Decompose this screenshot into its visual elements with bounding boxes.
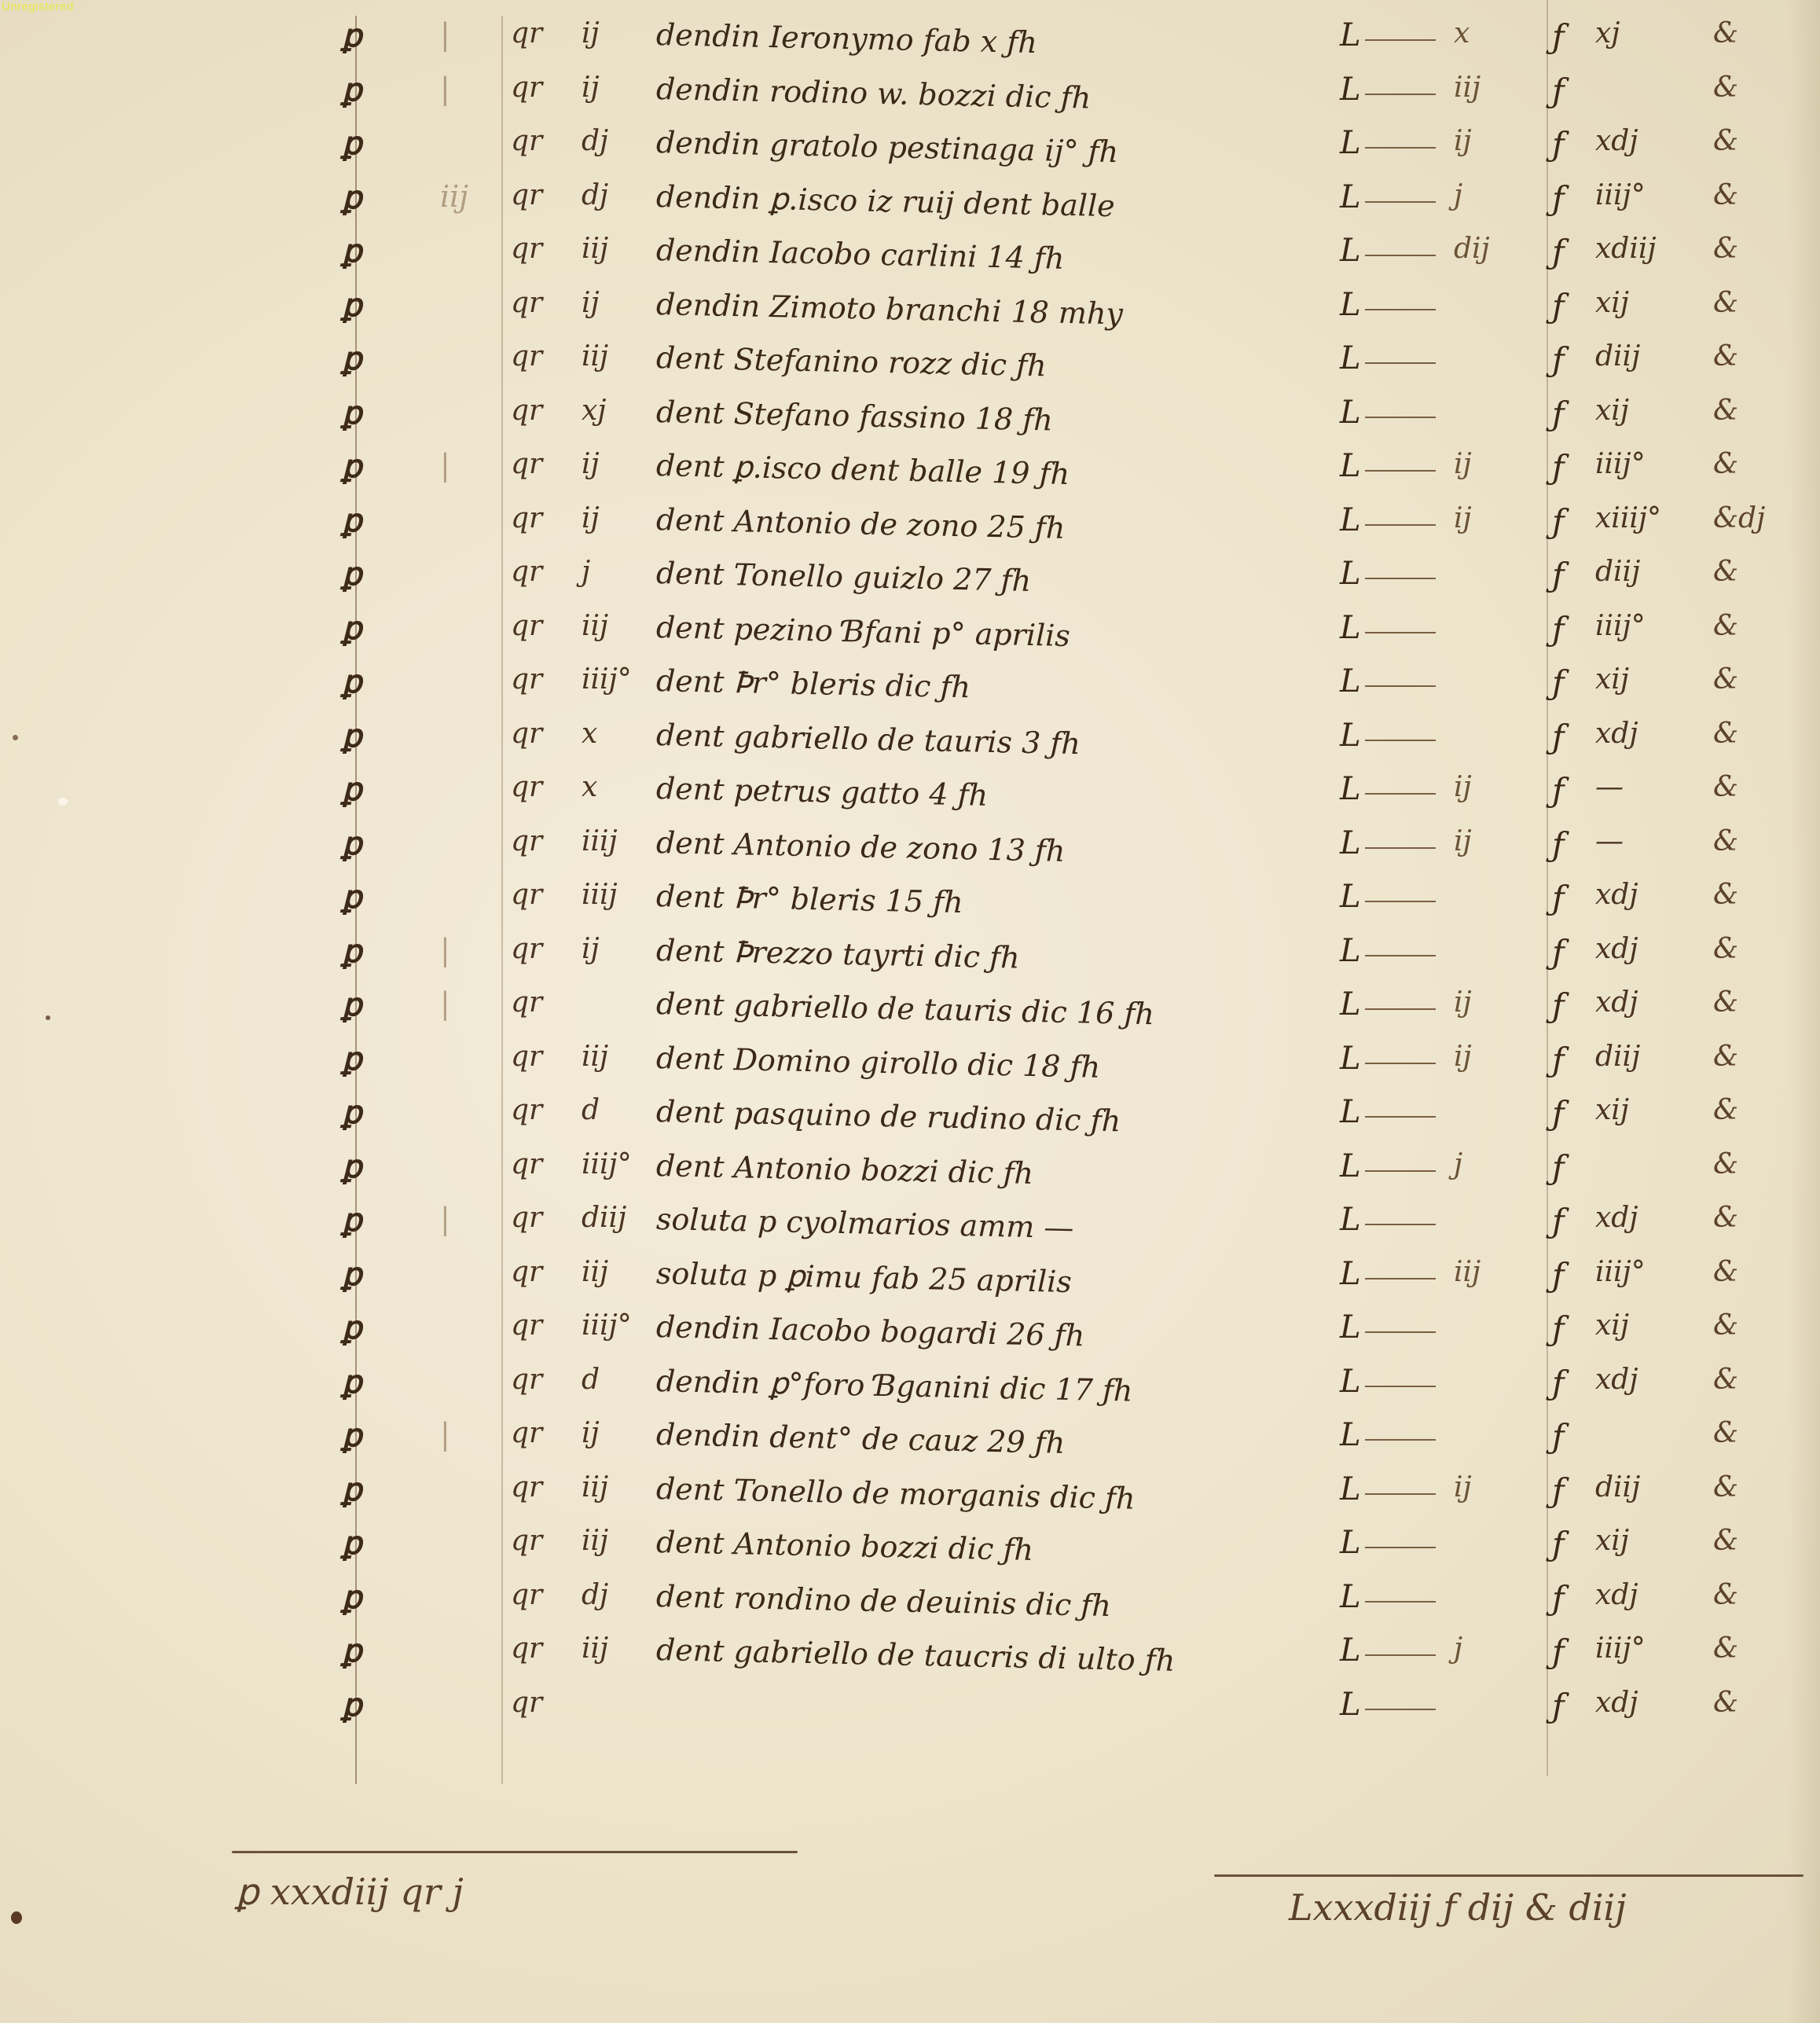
- quantity: iiij: [582, 879, 618, 911]
- florin-mark: ƒ: [1552, 771, 1565, 810]
- libra-mark: L: [1340, 17, 1361, 53]
- florin-mark: ƒ: [1552, 718, 1565, 756]
- ledger-row: ꝑ|qrijdent ꝑ.isco dent balle 19 ƒhLijƒii…: [0, 448, 1820, 492]
- libra-mark: L: [1340, 125, 1361, 161]
- ink-blot: [11, 1911, 22, 1924]
- florin-mark: ƒ: [1552, 1148, 1565, 1187]
- ledger-row: ꝑqriijsoluta p ꝑimu fab 25 aprilisLiijƒi…: [0, 1256, 1820, 1300]
- libra-mark: L: [1340, 1632, 1361, 1669]
- florin-mark: ƒ: [1552, 1364, 1565, 1402]
- ledger-row: ꝑqriiij°dendin Iacobo bogardi 26 ƒhLƒxij…: [0, 1309, 1820, 1353]
- margin-mark: ꝑ: [342, 1417, 361, 1454]
- margin-mark: ꝑ: [342, 1471, 361, 1508]
- libra-mark: L: [1340, 448, 1361, 484]
- quantity: j: [582, 556, 590, 588]
- libra-mark: L: [1340, 825, 1361, 861]
- libra-mark: L: [1340, 718, 1361, 754]
- et-mark: &: [1713, 933, 1738, 965]
- florin-mark: ƒ: [1552, 610, 1565, 648]
- tally-tick: iij: [440, 179, 468, 214]
- et-mark: &: [1713, 1579, 1738, 1611]
- libra-mark: L: [1340, 502, 1361, 538]
- quantity: dj: [582, 125, 608, 157]
- margin-mark: ꝑ: [342, 72, 361, 108]
- quantity: iiij°: [582, 1309, 632, 1342]
- watermark-text: Unregistered: [2, 0, 74, 13]
- quantity: ij: [582, 502, 600, 534]
- total-right: Lxxxdiij ƒ dij & diij: [1289, 1886, 1627, 1929]
- amount: iij: [1454, 1256, 1481, 1288]
- ledger-row: ꝑiijqrdjdendin ꝑ.isco iz ruij dent balle…: [0, 179, 1820, 223]
- margin-mark: ꝑ: [342, 1094, 361, 1131]
- value: xdj: [1595, 986, 1638, 1019]
- ink-dot: [46, 1015, 50, 1020]
- margin-mark: ꝑ: [342, 879, 361, 916]
- amount: dij: [1454, 233, 1490, 265]
- florin-mark: ƒ: [1552, 1094, 1565, 1133]
- margin-mark: ꝑ: [342, 287, 361, 324]
- quantity: x: [582, 771, 597, 803]
- entry-description: dent gabriello de taucris di ulto ƒh: [656, 1632, 1176, 1678]
- florin-mark: ƒ: [1552, 179, 1565, 218]
- qr-label: qr: [511, 72, 542, 104]
- libra-mark: L: [1340, 1687, 1361, 1723]
- margin-mark: ꝑ: [342, 1687, 361, 1724]
- quantity: iij: [582, 1632, 608, 1665]
- total-rule-right: [1214, 1874, 1803, 1877]
- et-mark: &: [1713, 1417, 1738, 1449]
- et-mark: &dj: [1713, 502, 1765, 534]
- amount: j: [1454, 1148, 1462, 1180]
- ledger-row: ꝑqriijdent Domino girollo dic 18 ƒhLijƒd…: [0, 1041, 1820, 1085]
- libra-mark: L: [1340, 179, 1361, 215]
- qr-label: qr: [511, 879, 542, 911]
- et-mark: &: [1713, 1256, 1738, 1288]
- florin-mark: ƒ: [1552, 1309, 1565, 1348]
- quantity: ij: [582, 72, 600, 104]
- margin-mark: ꝑ: [342, 610, 361, 647]
- et-mark: &: [1713, 663, 1738, 696]
- margin-mark: ꝑ: [342, 340, 361, 377]
- et-mark: &: [1713, 1687, 1738, 1719]
- ledger-row: ꝑ|qrijdent Ꝥrezzo tayrti dic ƒhLƒxdj&: [0, 933, 1820, 977]
- libra-mark: L: [1340, 1471, 1361, 1507]
- ledger-row: ꝑqriijdent pezino Ɓfani p° aprilisLƒiiij…: [0, 610, 1820, 654]
- entry-description: dendin rodino w. bozzi dic ƒh: [656, 72, 1092, 116]
- entry-description: dendin gratolo pestinaga ij° ƒh: [656, 125, 1119, 169]
- amount: x: [1454, 17, 1470, 50]
- margin-mark: ꝑ: [342, 556, 361, 593]
- margin-mark: ꝑ: [342, 502, 361, 539]
- value: iiij°: [1595, 610, 1646, 642]
- florin-mark: ƒ: [1552, 825, 1565, 864]
- qr-label: qr: [511, 1309, 542, 1342]
- value: xdj: [1595, 1687, 1638, 1719]
- libra-mark: L: [1340, 879, 1361, 915]
- margin-mark: ꝑ: [342, 1525, 361, 1562]
- ledger-row: ꝑ|qrijdendin rodino w. bozzi dic ƒhLiijƒ…: [0, 72, 1820, 116]
- entry-description: dendin dent° de cauz 29 ƒh: [656, 1417, 1066, 1460]
- entry-description: dent Antonio de zono 25 ƒh: [656, 502, 1066, 545]
- et-mark: &: [1713, 448, 1738, 480]
- libra-mark: L: [1340, 1094, 1361, 1130]
- total-rule-left: [232, 1851, 798, 1853]
- et-mark: &: [1713, 340, 1738, 373]
- entry-description: dent Domino girollo dic 18 ƒh: [656, 1041, 1101, 1085]
- entry-description: dent Antonio bozzi dic ƒh: [656, 1525, 1034, 1567]
- value: —: [1595, 771, 1624, 803]
- amount: j: [1454, 179, 1462, 211]
- quantity: d: [582, 1364, 600, 1396]
- ledger-row: ꝑqrdjdendin gratolo pestinaga ij° ƒhLijƒ…: [0, 125, 1820, 169]
- et-mark: &: [1713, 1632, 1738, 1665]
- libra-mark: L: [1340, 1041, 1361, 1077]
- value: iiij°: [1595, 1632, 1646, 1665]
- margin-mark: ꝑ: [342, 825, 361, 862]
- libra-mark: L: [1340, 610, 1361, 646]
- entry-description: dent Antonio bozzi dic ƒh: [656, 1148, 1034, 1191]
- qr-label: qr: [511, 1687, 542, 1719]
- et-mark: &: [1713, 1471, 1738, 1503]
- tally-tick: |: [440, 986, 450, 1021]
- tally-tick: |: [440, 448, 450, 483]
- value: iiij°: [1595, 448, 1646, 480]
- florin-mark: ƒ: [1552, 1579, 1565, 1617]
- quantity: d: [582, 1094, 600, 1126]
- entry-description: dent ꝑ.isco dent balle 19 ƒh: [656, 448, 1070, 491]
- qr-label: qr: [511, 125, 542, 157]
- entry-description: dendin Iacobo carlini 14 ƒh: [656, 233, 1065, 276]
- florin-mark: ƒ: [1552, 556, 1565, 594]
- et-mark: &: [1713, 1309, 1738, 1342]
- amount: ij: [1454, 125, 1472, 157]
- et-mark: &: [1713, 395, 1738, 427]
- libra-mark: L: [1340, 556, 1361, 592]
- value: xdj: [1595, 1364, 1638, 1396]
- libra-mark: L: [1340, 1525, 1361, 1561]
- qr-label: qr: [511, 933, 542, 965]
- libra-mark: L: [1340, 771, 1361, 807]
- qr-label: qr: [511, 771, 542, 803]
- florin-mark: ƒ: [1552, 1417, 1565, 1456]
- quantity: diij: [582, 1202, 626, 1234]
- libra-mark: L: [1340, 663, 1361, 699]
- libra-mark: L: [1340, 1309, 1361, 1346]
- quantity: iij: [582, 1525, 608, 1557]
- libra-mark: L: [1340, 1364, 1361, 1400]
- florin-mark: ƒ: [1552, 340, 1565, 379]
- amount: ij: [1454, 825, 1472, 857]
- value: xij: [1595, 287, 1629, 319]
- ledger-row: ꝑqriijdent gabriello de taucris di ulto …: [0, 1632, 1820, 1676]
- margin-mark: ꝑ: [342, 448, 361, 485]
- tally-tick: |: [440, 1417, 450, 1452]
- entry-description: dent gabriello de tauris dic 16 ƒh: [656, 986, 1155, 1031]
- et-mark: &: [1713, 771, 1738, 803]
- value: iiij°: [1595, 179, 1646, 211]
- ledger-row: ꝑqrLƒxdj&: [0, 1687, 1820, 1731]
- ledger-row: ꝑqriijdent Tonello de morganis dic ƒhLij…: [0, 1471, 1820, 1515]
- florin-mark: ƒ: [1552, 395, 1565, 433]
- et-mark: &: [1713, 1202, 1738, 1234]
- quantity: ij: [582, 287, 600, 319]
- et-mark: &: [1713, 556, 1738, 588]
- qr-label: qr: [511, 825, 542, 857]
- qr-label: qr: [511, 1256, 542, 1288]
- tally-tick: |: [440, 1202, 450, 1236]
- value: —: [1595, 825, 1624, 857]
- quantity: iij: [582, 1041, 608, 1073]
- florin-mark: ƒ: [1552, 933, 1565, 971]
- entry-description: dent Antonio de zono 13 ƒh: [656, 825, 1066, 868]
- qr-label: qr: [511, 340, 542, 373]
- entry-description: dent Stefano fassino 18 ƒh: [656, 395, 1054, 438]
- entry-description: dendin ꝑ.isco iz ruij dent balle: [656, 179, 1116, 223]
- ledger-row: ꝑqrxjdent Stefano fassino 18 ƒhLƒxij&: [0, 395, 1820, 439]
- et-mark: &: [1713, 17, 1738, 50]
- quantity: iiij: [582, 825, 618, 857]
- qr-label: qr: [511, 718, 542, 750]
- entry-description: dent Tonello de morganis dic ƒh: [656, 1471, 1136, 1516]
- tally-tick: |: [440, 933, 450, 967]
- qr-label: qr: [511, 1148, 542, 1180]
- margin-mark: ꝑ: [342, 1148, 361, 1185]
- libra-mark: L: [1340, 986, 1361, 1023]
- libra-mark: L: [1340, 233, 1361, 269]
- qr-label: qr: [511, 1364, 542, 1396]
- ledger-row: ꝑ|qrijdendin dent° de cauz 29 ƒhLƒ&: [0, 1417, 1820, 1461]
- entry-description: dent pasquino de rudino dic ƒh: [656, 1094, 1121, 1138]
- value: xij: [1595, 1094, 1629, 1126]
- value: xij: [1595, 1525, 1629, 1557]
- value: xj: [1595, 17, 1620, 50]
- margin-mark: ꝑ: [342, 986, 361, 1023]
- et-mark: &: [1713, 1148, 1738, 1180]
- margin-mark: ꝑ: [342, 179, 361, 216]
- entry-description: dent pezino Ɓfani p° aprilis: [656, 610, 1071, 653]
- margin-mark: ꝑ: [342, 1256, 361, 1293]
- florin-mark: ƒ: [1552, 125, 1565, 163]
- entry-description: soluta p ꝑimu fab 25 aprilis: [656, 1256, 1073, 1299]
- et-mark: &: [1713, 718, 1738, 750]
- ledger-row: ꝑqriijdent Stefanino rozz dic ƒhLƒdiij&: [0, 340, 1820, 384]
- entry-description: dent rondino de deuinis dic ƒh: [656, 1579, 1112, 1623]
- qr-label: qr: [511, 287, 542, 319]
- margin-mark: ꝑ: [342, 718, 361, 754]
- libra-mark: L: [1340, 287, 1361, 323]
- quantity: xj: [582, 395, 606, 427]
- quantity: iij: [582, 340, 608, 373]
- amount: ij: [1454, 502, 1472, 534]
- amount: iij: [1454, 72, 1481, 104]
- et-mark: &: [1713, 1364, 1738, 1396]
- qr-label: qr: [511, 233, 542, 265]
- ledger-row: ꝑqriiijdent Ꝥr° bleris 15 ƒhLƒxdj&: [0, 879, 1820, 923]
- et-mark: &: [1713, 1041, 1738, 1073]
- libra-mark: L: [1340, 1417, 1361, 1453]
- value: diij: [1595, 340, 1640, 373]
- quantity: ij: [582, 1417, 600, 1449]
- et-mark: &: [1713, 879, 1738, 911]
- amount: j: [1454, 1632, 1462, 1665]
- florin-mark: ƒ: [1552, 1202, 1565, 1240]
- entry-description: dent Ꝥrezzo tayrti dic ƒh: [656, 933, 1021, 975]
- quantity: ij: [582, 17, 600, 50]
- value: xdj: [1595, 1579, 1638, 1611]
- total-left: ꝑ xxxdiij qr j: [236, 1871, 464, 1913]
- et-mark: &: [1713, 825, 1738, 857]
- entry-description: dent Ꝥr° bleris 15 ƒh: [656, 879, 964, 920]
- florin-mark: ƒ: [1552, 1041, 1565, 1079]
- libra-mark: L: [1340, 340, 1361, 376]
- ledger-row: ꝑqrjdent Tonello guizlo 27 ƒhLƒdiij&: [0, 556, 1820, 600]
- florin-mark: ƒ: [1552, 663, 1565, 702]
- qr-label: qr: [511, 1094, 542, 1126]
- ledger-row: ꝑqrijdent Antonio de zono 25 ƒhLijƒxiiij…: [0, 502, 1820, 546]
- amount: ij: [1454, 1471, 1472, 1503]
- tally-tick: |: [440, 17, 450, 52]
- ledger-row: ꝑqrdjdent rondino de deuinis dic ƒhLƒxdj…: [0, 1579, 1820, 1623]
- value: xdj: [1595, 125, 1638, 157]
- qr-label: qr: [511, 179, 542, 211]
- ledger-row: ꝑqrddendin ꝑ°foro Ɓganini dic 17 ƒhLƒxdj…: [0, 1364, 1820, 1408]
- qr-label: qr: [511, 448, 542, 480]
- qr-label: qr: [511, 610, 542, 642]
- qr-label: qr: [511, 556, 542, 588]
- qr-label: qr: [511, 1525, 542, 1557]
- florin-mark: ƒ: [1552, 17, 1565, 56]
- et-mark: &: [1713, 986, 1738, 1019]
- florin-mark: ƒ: [1552, 986, 1565, 1025]
- et-mark: &: [1713, 72, 1738, 104]
- ink-dot: [13, 735, 18, 740]
- quantity: iij: [582, 1471, 608, 1503]
- florin-mark: ƒ: [1552, 448, 1565, 486]
- margin-mark: ꝑ: [342, 1632, 361, 1669]
- florin-mark: ƒ: [1552, 1525, 1565, 1563]
- value: xij: [1595, 663, 1629, 696]
- et-mark: &: [1713, 179, 1738, 211]
- value: xdiij: [1595, 233, 1657, 265]
- quantity: iij: [582, 233, 608, 265]
- entry-description: dendin Zimoto branchi 18 mhy: [656, 287, 1124, 331]
- libra-mark: L: [1340, 1579, 1361, 1615]
- qr-label: qr: [511, 395, 542, 427]
- florin-mark: ƒ: [1552, 72, 1565, 110]
- margin-mark: ꝑ: [342, 1041, 361, 1078]
- et-mark: &: [1713, 125, 1738, 157]
- value: xdj: [1595, 1202, 1638, 1234]
- qr-label: qr: [511, 986, 542, 1019]
- value: xiiij°: [1595, 502, 1661, 534]
- qr-label: qr: [511, 17, 542, 50]
- et-mark: &: [1713, 1094, 1738, 1126]
- margin-mark: ꝑ: [342, 17, 361, 54]
- ledger-row: ꝑqriiijdent Antonio de zono 13 ƒhLijƒ—&: [0, 825, 1820, 869]
- qr-label: qr: [511, 1471, 542, 1503]
- ledger-row: ꝑqrijdendin Zimoto branchi 18 mhyLƒxij&: [0, 287, 1820, 331]
- entry-description: dent petrus gatto 4 ƒh: [656, 771, 989, 813]
- florin-mark: ƒ: [1552, 1471, 1565, 1510]
- florin-mark: ƒ: [1552, 1632, 1565, 1671]
- amount: ij: [1454, 448, 1472, 480]
- florin-mark: ƒ: [1552, 1687, 1565, 1725]
- margin-mark: ꝑ: [342, 771, 361, 808]
- entry-description: dent Stefanino rozz dic ƒh: [656, 340, 1048, 383]
- libra-mark: L: [1340, 933, 1361, 969]
- margin-mark: ꝑ: [342, 933, 361, 970]
- tally-tick: |: [440, 72, 450, 106]
- ledger-row: ꝑqriijdendin Iacobo carlini 14 ƒhLdijƒxd…: [0, 233, 1820, 277]
- value: diij: [1595, 1041, 1640, 1073]
- amount: ij: [1454, 1041, 1472, 1073]
- florin-mark: ƒ: [1552, 233, 1565, 271]
- ledger-row: ꝑqrxdent petrus gatto 4 ƒhLijƒ—&: [0, 771, 1820, 815]
- florin-mark: ƒ: [1552, 502, 1565, 541]
- margin-mark: ꝑ: [342, 395, 361, 431]
- et-mark: &: [1713, 287, 1738, 319]
- quantity: iiij°: [582, 663, 632, 696]
- value: diij: [1595, 556, 1640, 588]
- ledger-row: ꝑqriijdent Antonio bozzi dic ƒhLƒxij&: [0, 1525, 1820, 1569]
- margin-mark: ꝑ: [342, 1202, 361, 1239]
- value: diij: [1595, 1471, 1640, 1503]
- quantity: iiij°: [582, 1148, 632, 1180]
- qr-label: qr: [511, 1417, 542, 1449]
- libra-mark: L: [1340, 1148, 1361, 1184]
- value: xij: [1595, 395, 1629, 427]
- quantity: x: [582, 718, 597, 750]
- quantity: iij: [582, 610, 608, 642]
- libra-mark: L: [1340, 395, 1361, 431]
- entry-description: dendin Ieronymo fab x ƒh: [656, 17, 1038, 60]
- ledger-row: ꝑqriiij°dent Antonio bozzi dic ƒhLjƒ&: [0, 1148, 1820, 1192]
- margin-mark: ꝑ: [342, 1579, 361, 1616]
- et-mark: &: [1713, 1525, 1738, 1557]
- paper-speck: [58, 798, 68, 806]
- quantity: ij: [582, 448, 600, 480]
- qr-label: qr: [511, 1202, 542, 1234]
- florin-mark: ƒ: [1552, 879, 1565, 917]
- margin-mark: ꝑ: [342, 233, 361, 270]
- entry-description: dendin Iacobo bogardi 26 ƒh: [656, 1309, 1085, 1353]
- entry-description: dent Ꝥr° bleris dic ƒh: [656, 663, 971, 704]
- libra-mark: L: [1340, 1256, 1361, 1292]
- ledger-row: ꝑqrxdent gabriello de tauris 3 ƒhLƒxdj&: [0, 718, 1820, 762]
- qr-label: qr: [511, 502, 542, 534]
- qr-label: qr: [511, 1041, 542, 1073]
- value: xdj: [1595, 933, 1638, 965]
- value: xdj: [1595, 718, 1638, 750]
- value: iiij°: [1595, 1256, 1646, 1288]
- ledger-row: ꝑqrddent pasquino de rudino dic ƒhLƒxij&: [0, 1094, 1820, 1138]
- ledger-row: ꝑ|qrijdendin Ieronymo fab x ƒhLxƒxj&: [0, 17, 1820, 61]
- ledger-row: ꝑ|qrdent gabriello de tauris dic 16 ƒhLi…: [0, 986, 1820, 1030]
- entry-description: dent gabriello de tauris 3 ƒh: [656, 718, 1081, 761]
- quantity: dj: [582, 1579, 608, 1611]
- entry-description: soluta p cyolmarios amm —: [656, 1202, 1074, 1245]
- ledger-row: ꝑ|qrdiijsoluta p cyolmarios amm —Lƒxdj&: [0, 1202, 1820, 1246]
- libra-mark: L: [1340, 72, 1361, 108]
- value: xij: [1595, 1309, 1629, 1342]
- margin-mark: ꝑ: [342, 125, 361, 162]
- libra-mark: L: [1340, 1202, 1361, 1238]
- florin-mark: ƒ: [1552, 1256, 1565, 1294]
- qr-label: qr: [511, 1632, 542, 1665]
- quantity: dj: [582, 179, 608, 211]
- margin-mark: ꝑ: [342, 1364, 361, 1401]
- entry-description: dendin ꝑ°foro Ɓganini dic 17 ƒh: [656, 1364, 1133, 1408]
